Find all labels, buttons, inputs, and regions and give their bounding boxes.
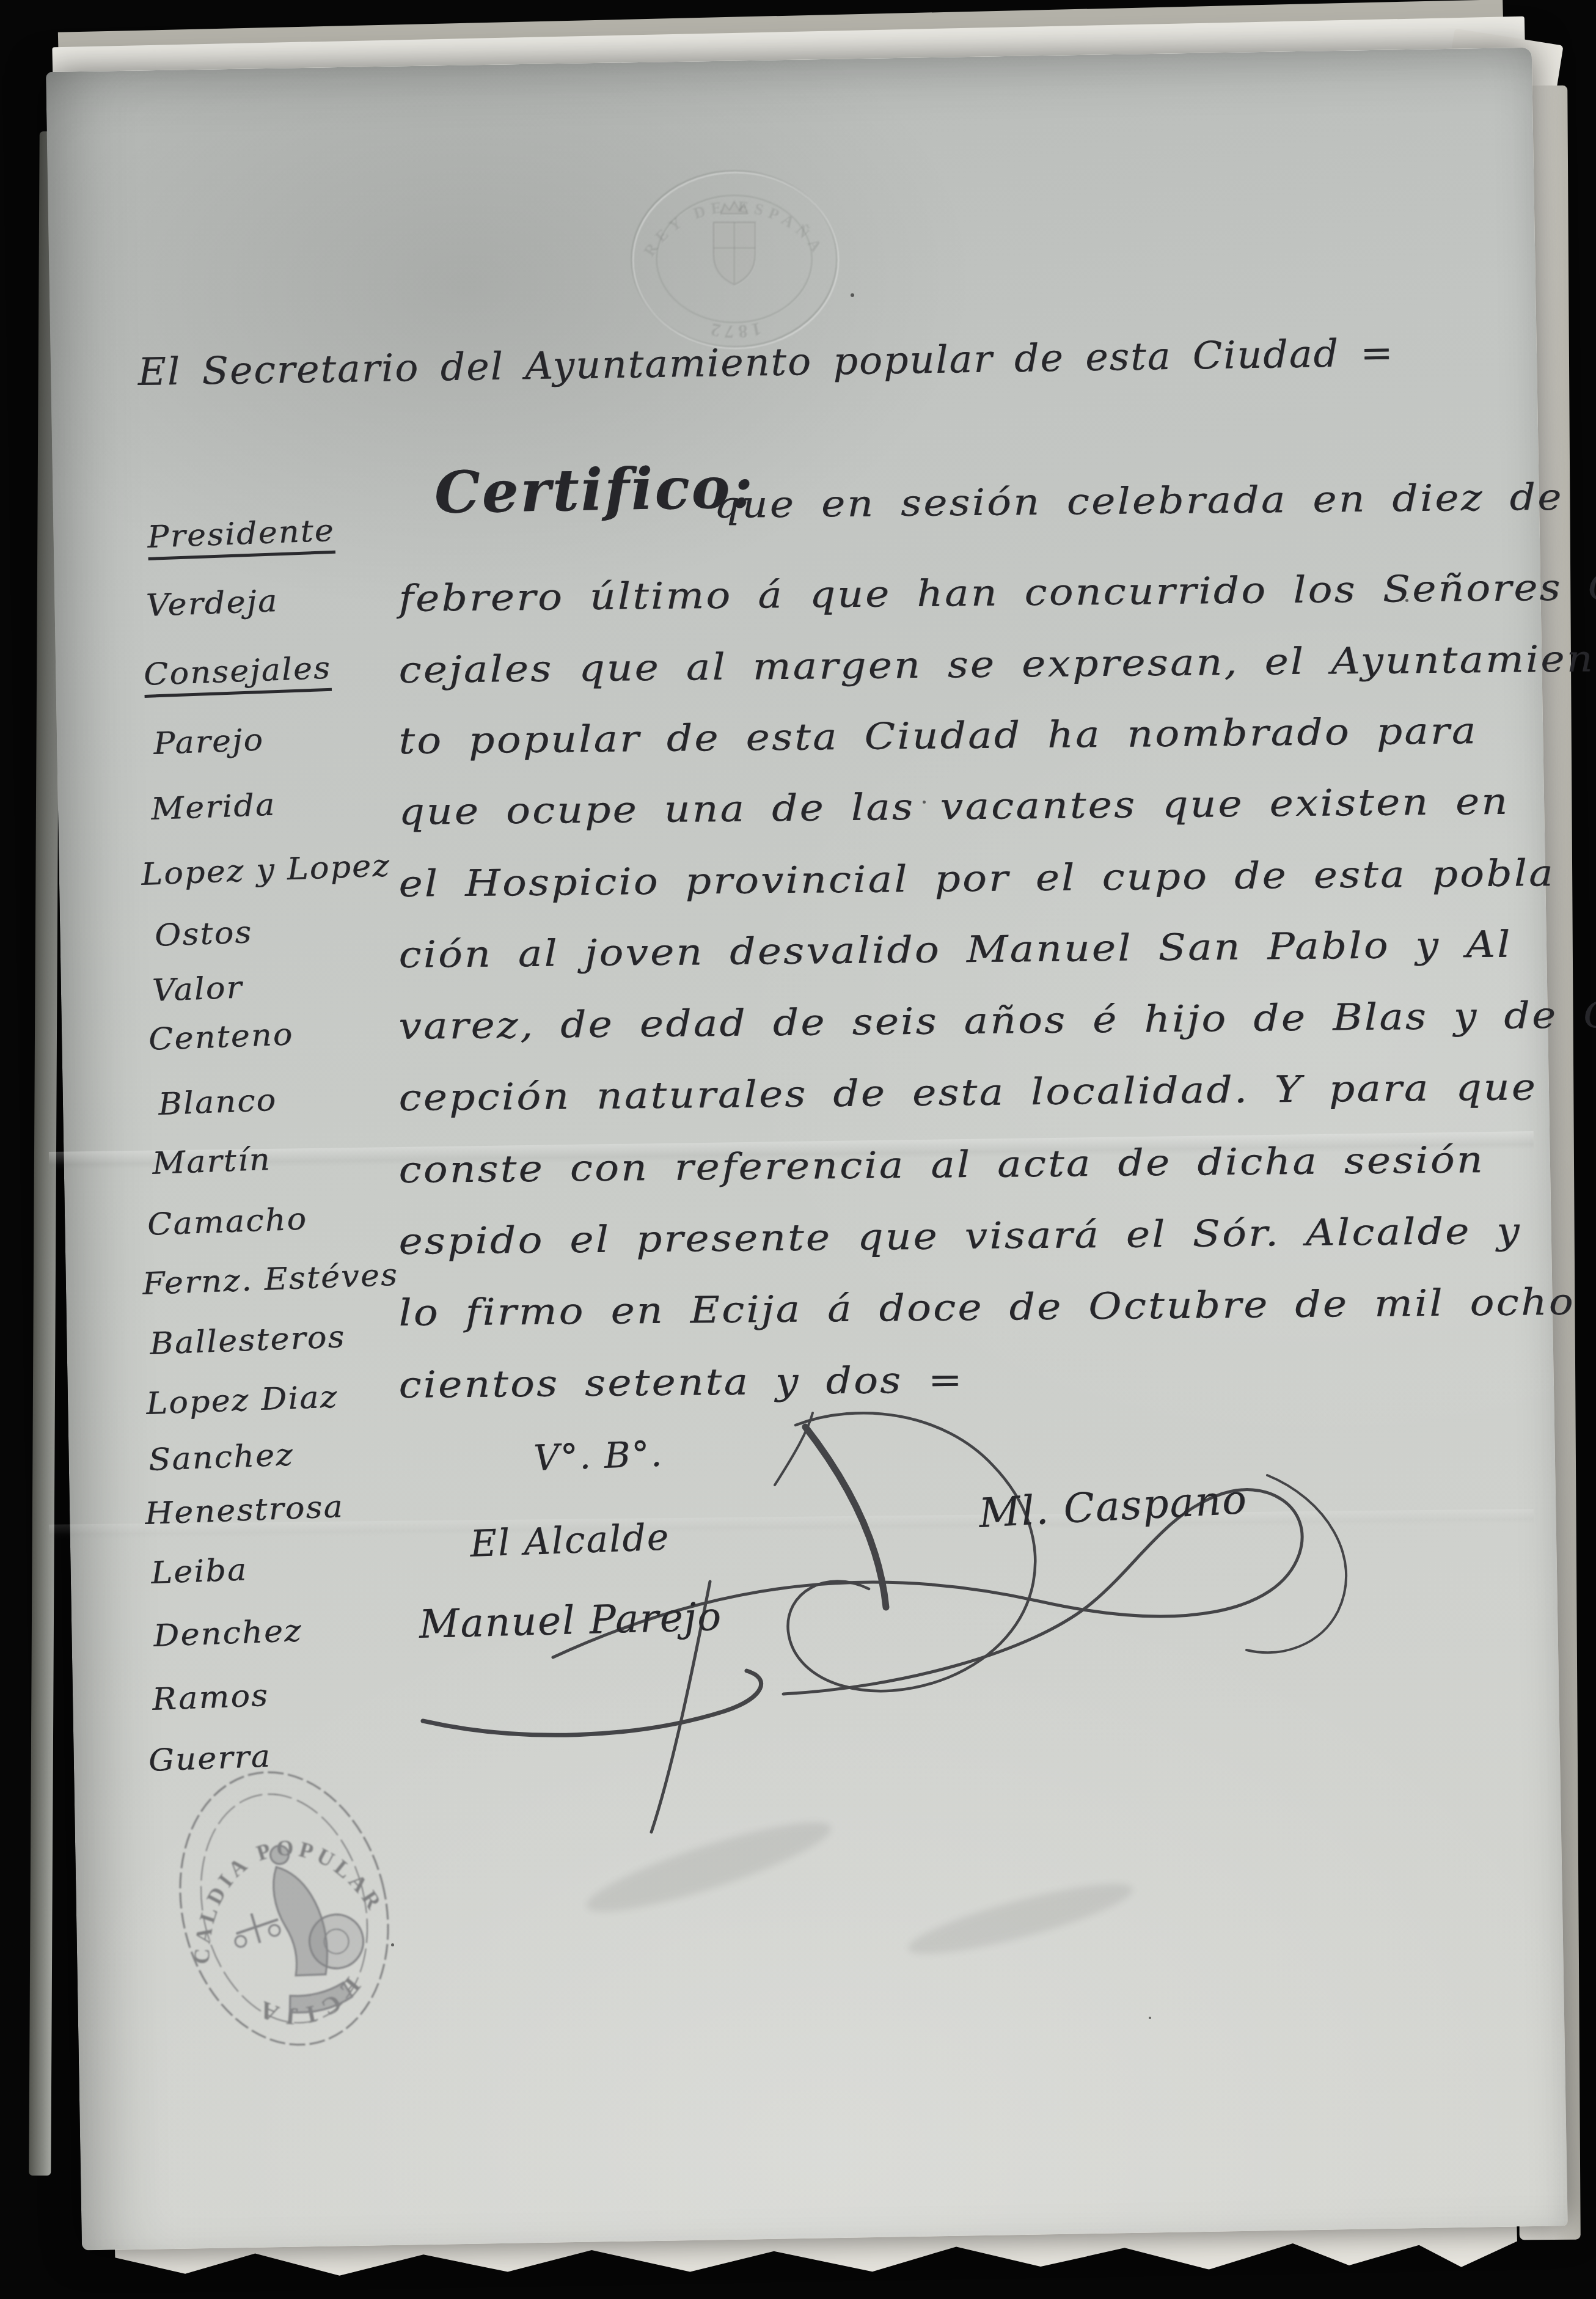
certifico-lead: Certifico: [434,454,755,527]
margin-name: Verdeja [145,583,279,623]
margin-name: Leiba [150,1552,248,1591]
margin-name: Ballesteros [149,1319,346,1362]
visto-bueno: V°. B°. [533,1433,664,1479]
margin-name: Henestrosa [144,1489,345,1531]
margin-name: Valor [152,970,244,1008]
margin-name: Blanco [158,1082,277,1122]
margin-name: Merida [150,787,276,827]
body-line: que en sesión celebrada en diez de [714,476,1564,527]
margin-header-consejales: Consejales [143,650,332,698]
margin-name: Ostos [154,914,253,953]
body-line: cientos setenta y dos = [398,1358,964,1407]
margin-name: Martín [152,1142,272,1181]
margin-name: Parejo [153,722,265,761]
margin-name: Camacho [147,1201,308,1242]
margin-header-presidente: Presidente [147,513,335,560]
margin-name: Denchez [153,1613,303,1654]
embossed-royal-seal: REY DE ESPAÑA 1872 [624,166,844,353]
margin-name: Sanchez [148,1437,295,1478]
alcalde-title: El Alcalde [469,1516,670,1566]
alcalde-signature: Manuel Parejo [419,1594,723,1648]
svg-text:1872: 1872 [706,318,763,342]
margin-name: Lopez Diaz [145,1379,339,1421]
scanned-document: REY DE ESPAÑA 1872 El Secretario del Ayu… [0,0,1596,2299]
seal-year: 1872 [706,318,763,342]
margin-name: Centeno [148,1016,295,1057]
margin-name: Ramos [152,1678,269,1717]
